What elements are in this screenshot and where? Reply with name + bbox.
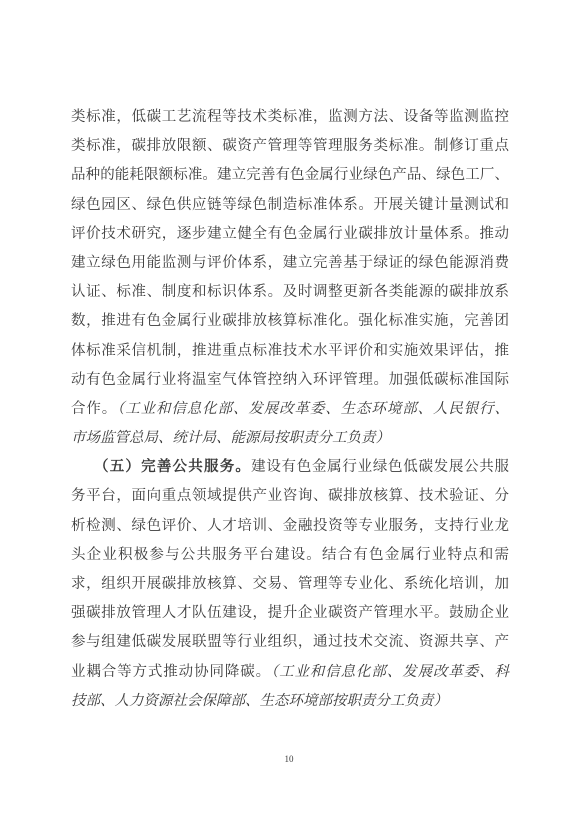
text-line: 数，推进有色金属行业碳排放核算标准化。强化标准实施，完善团: [71, 307, 509, 336]
text-line: 求，组织开展碳排放核算、交易、管理等专业化、系统化培训，加: [71, 570, 509, 599]
body-text: 合作。: [71, 401, 117, 417]
responsibility-note: 技部、人力资源社会保障部、生态环境部按职责分工负责）: [71, 693, 448, 709]
text-line: 头企业积极参与公共服务平台建设。结合有色金属行业特点和需: [71, 541, 509, 570]
body-text: 建立绿色用能监测与评价体系，建立完善基于绿证的绿色能源消费: [71, 255, 509, 271]
text-line: 务平台，面向重点领域提供产业咨询、碳排放核算、技术验证、分: [71, 482, 509, 511]
text-line: 体标准采信机制，推进重点标准技术水平评价和实施效果评估，推: [71, 337, 509, 366]
body-text: 业耦合等方式推动协同降碳。: [71, 664, 271, 680]
body-text: 务平台，面向重点领域提供产业咨询、碳排放核算、技术验证、分: [71, 488, 509, 504]
text-line: 技部、人力资源社会保障部、生态环境部按职责分工负责）: [71, 687, 509, 716]
document-body: 类标准，低碳工艺流程等技术类标准，监测方法、设备等监测监控类标准，碳排放限额、碳…: [71, 103, 509, 716]
body-text: 认证、标准、制度和标识体系。及时调整更新各类能源的碳排放系: [71, 284, 509, 300]
text-line: 析检测、绿色评价、人才培训、金融投资等专业服务，支持行业龙: [71, 512, 509, 541]
text-line: 市场监管总局、统计局、能源局按职责分工负责）: [71, 424, 509, 453]
body-text: 参与组建低碳发展联盟等行业组织，通过技术交流、资源共享、产: [71, 634, 509, 650]
text-line: 参与组建低碳发展联盟等行业组织，通过技术交流、资源共享、产: [71, 628, 509, 657]
text-line: 类标准，碳排放限额、碳资产管理等管理服务类标准。制修订重点: [71, 132, 509, 161]
body-text: 头企业积极参与公共服务平台建设。结合有色金属行业特点和需: [71, 547, 509, 563]
responsibility-note: （工业和信息化部、发展改革委、生态环境部、人民银行、: [117, 401, 509, 417]
body-text: 绿色园区、绿色供应链等绿色制造标准体系。开展关键计量测试和: [71, 197, 509, 213]
text-line: 强碳排放管理人才队伍建设，提升企业碳资产管理水平。鼓励企业: [71, 599, 509, 628]
body-text: 类标准，低碳工艺流程等技术类标准，监测方法、设备等监测监控: [71, 109, 509, 125]
section-5-heading: （五）完善公共服务。: [94, 459, 251, 475]
text-line: 类标准，低碳工艺流程等技术类标准，监测方法、设备等监测监控: [71, 103, 509, 132]
text-line: 绿色园区、绿色供应链等绿色制造标准体系。开展关键计量测试和: [71, 191, 509, 220]
text-line: （五）完善公共服务。建设有色金属行业绿色低碳发展公共服: [71, 453, 509, 482]
text-line: 建立绿色用能监测与评价体系，建立完善基于绿证的绿色能源消费: [71, 249, 509, 278]
text-line: 评价技术研究，逐步建立健全有色金属行业碳排放计量体系。推动: [71, 220, 509, 249]
body-text: 类标准，碳排放限额、碳资产管理等管理服务类标准。制修订重点: [71, 138, 509, 154]
body-text: 建设有色金属行业绿色低碳发展公共服: [251, 459, 509, 475]
body-text: 体标准采信机制，推进重点标准技术水平评价和实施效果评估，推: [71, 343, 509, 359]
body-text: 动有色金属行业将温室气体管控纳入环评管理。加强低碳标准国际: [71, 372, 509, 388]
body-text: 品种的能耗限额标准。建立完善有色金属行业绿色产品、绿色工厂、: [71, 167, 509, 183]
text-line: 合作。（工业和信息化部、发展改革委、生态环境部、人民银行、: [71, 395, 509, 424]
page-number: 10: [0, 754, 578, 764]
text-line: 认证、标准、制度和标识体系。及时调整更新各类能源的碳排放系: [71, 278, 509, 307]
body-text: 数，推进有色金属行业碳排放核算标准化。强化标准实施，完善团: [71, 313, 509, 329]
body-text: 求，组织开展碳排放核算、交易、管理等专业化、系统化培训，加: [71, 576, 509, 592]
responsibility-note: （工业和信息化部、发展改革委、科: [271, 664, 509, 680]
text-line: 动有色金属行业将温室气体管控纳入环评管理。加强低碳标准国际: [71, 366, 509, 395]
body-text: 强碳排放管理人才队伍建设，提升企业碳资产管理水平。鼓励企业: [71, 605, 509, 621]
responsibility-note: 市场监管总局、统计局、能源局按职责分工负责）: [71, 430, 390, 446]
text-line: 业耦合等方式推动协同降碳。（工业和信息化部、发展改革委、科: [71, 658, 509, 687]
document-page: 类标准，低碳工艺流程等技术类标准，监测方法、设备等监测监控类标准，碳排放限额、碳…: [0, 0, 578, 818]
body-text: 评价技术研究，逐步建立健全有色金属行业碳排放计量体系。推动: [71, 226, 509, 242]
body-text: 析检测、绿色评价、人才培训、金融投资等专业服务，支持行业龙: [71, 518, 509, 534]
text-line: 品种的能耗限额标准。建立完善有色金属行业绿色产品、绿色工厂、: [71, 161, 509, 190]
